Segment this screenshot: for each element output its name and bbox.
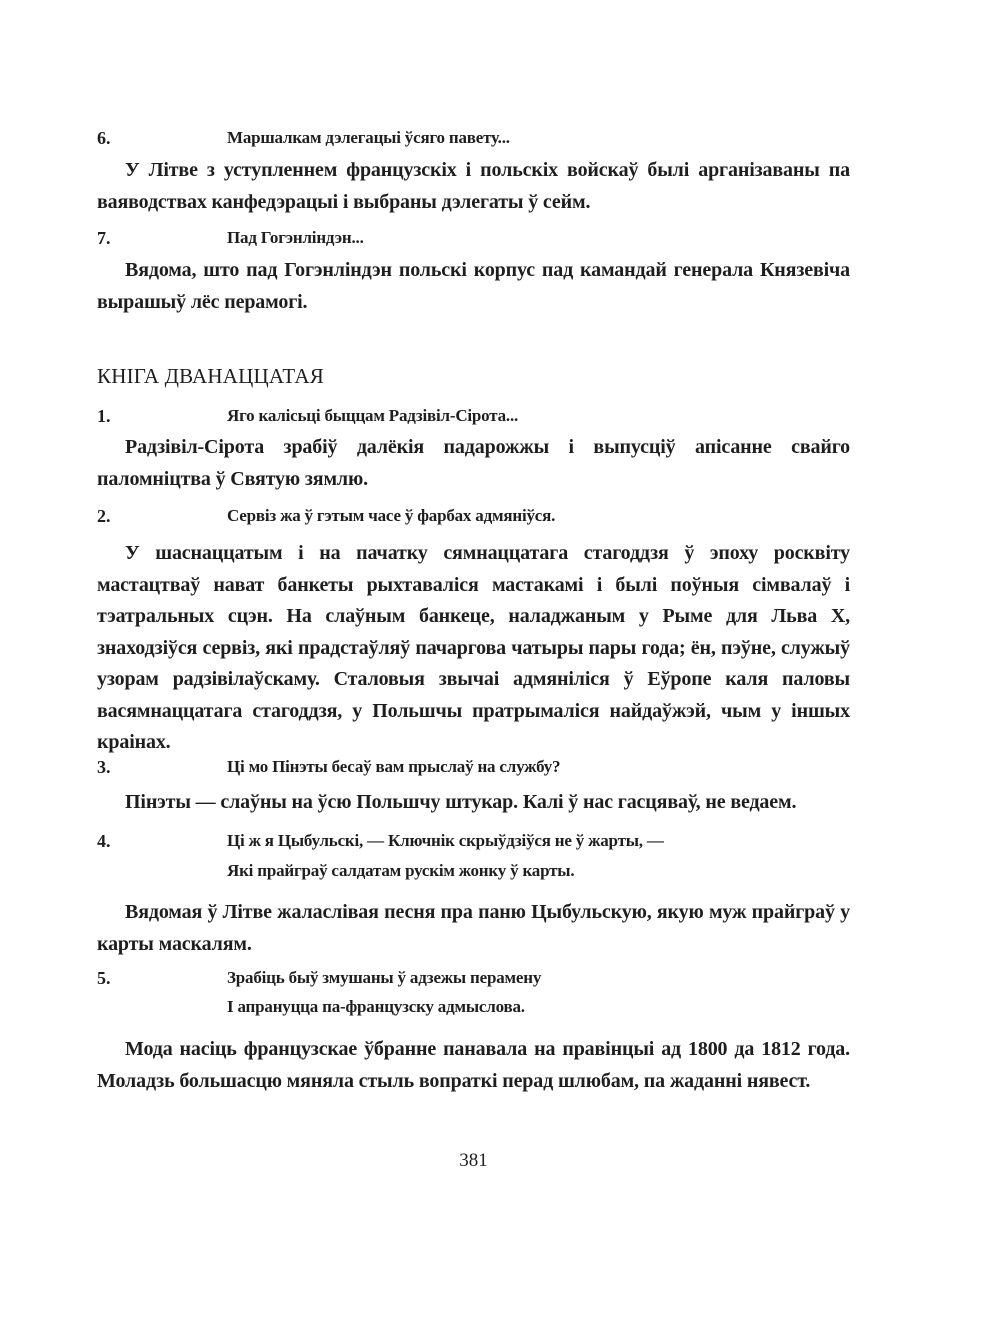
note-1-commentary: Радзівіл-Сірота зрабіў далёкія падарожжы… bbox=[97, 432, 850, 495]
note-quote-line-2: Які прайграў салдатам рускім жонку ў кар… bbox=[227, 858, 574, 884]
note-number: 6. bbox=[97, 125, 111, 151]
note-number: 7. bbox=[97, 225, 111, 251]
note-number: 2. bbox=[97, 503, 111, 529]
note-quote-line-1: Зрабіць быў змушаны ў адзежы перамену bbox=[227, 965, 541, 991]
note-7-commentary: Вядома, што пад Гогэнліндэн польскі корп… bbox=[97, 255, 850, 318]
note-quote-line-2: І апрануцца па-французску адмыслова. bbox=[227, 994, 525, 1020]
page-number: 381 bbox=[97, 1150, 850, 1172]
note-number: 4. bbox=[97, 828, 111, 854]
note-4-commentary: Вядомая ў Літве жаласлівая песня пра пан… bbox=[97, 897, 850, 960]
note-quote: Яго калісьці быццам Радзівіл-Сірота... bbox=[227, 403, 518, 429]
note-quote: Сервіз жа ў гэтым часе ў фарбах адмяніўс… bbox=[227, 503, 555, 529]
note-quote: Пад Гогэнліндэн... bbox=[227, 225, 364, 251]
note-2-commentary: У шаснаццатым і на пачатку сямнаццатага … bbox=[97, 538, 850, 759]
section-title: КНІГА ДВАНАЦЦАТАЯ bbox=[97, 364, 324, 389]
note-3-commentary: Пінэты — слаўны на ўсю Польшчу штукар. К… bbox=[97, 787, 850, 819]
note-quote-line-1: Ці ж я Цыбульскі, — Ключнік скрыўдзіўся … bbox=[227, 828, 664, 854]
note-quote: Ці мо Пінэты бесаў вам прыслаў на службу… bbox=[227, 754, 560, 780]
note-number: 3. bbox=[97, 754, 111, 780]
note-number: 5. bbox=[97, 965, 111, 991]
note-number: 1. bbox=[97, 403, 111, 429]
note-6-commentary: У Літве з уступленнем французскіх і поль… bbox=[97, 155, 850, 218]
note-quote: Маршалкам дэлегацыі ўсяго павету... bbox=[227, 125, 510, 151]
note-5-commentary: Мода насіць французскае ўбранне панавала… bbox=[97, 1034, 850, 1097]
